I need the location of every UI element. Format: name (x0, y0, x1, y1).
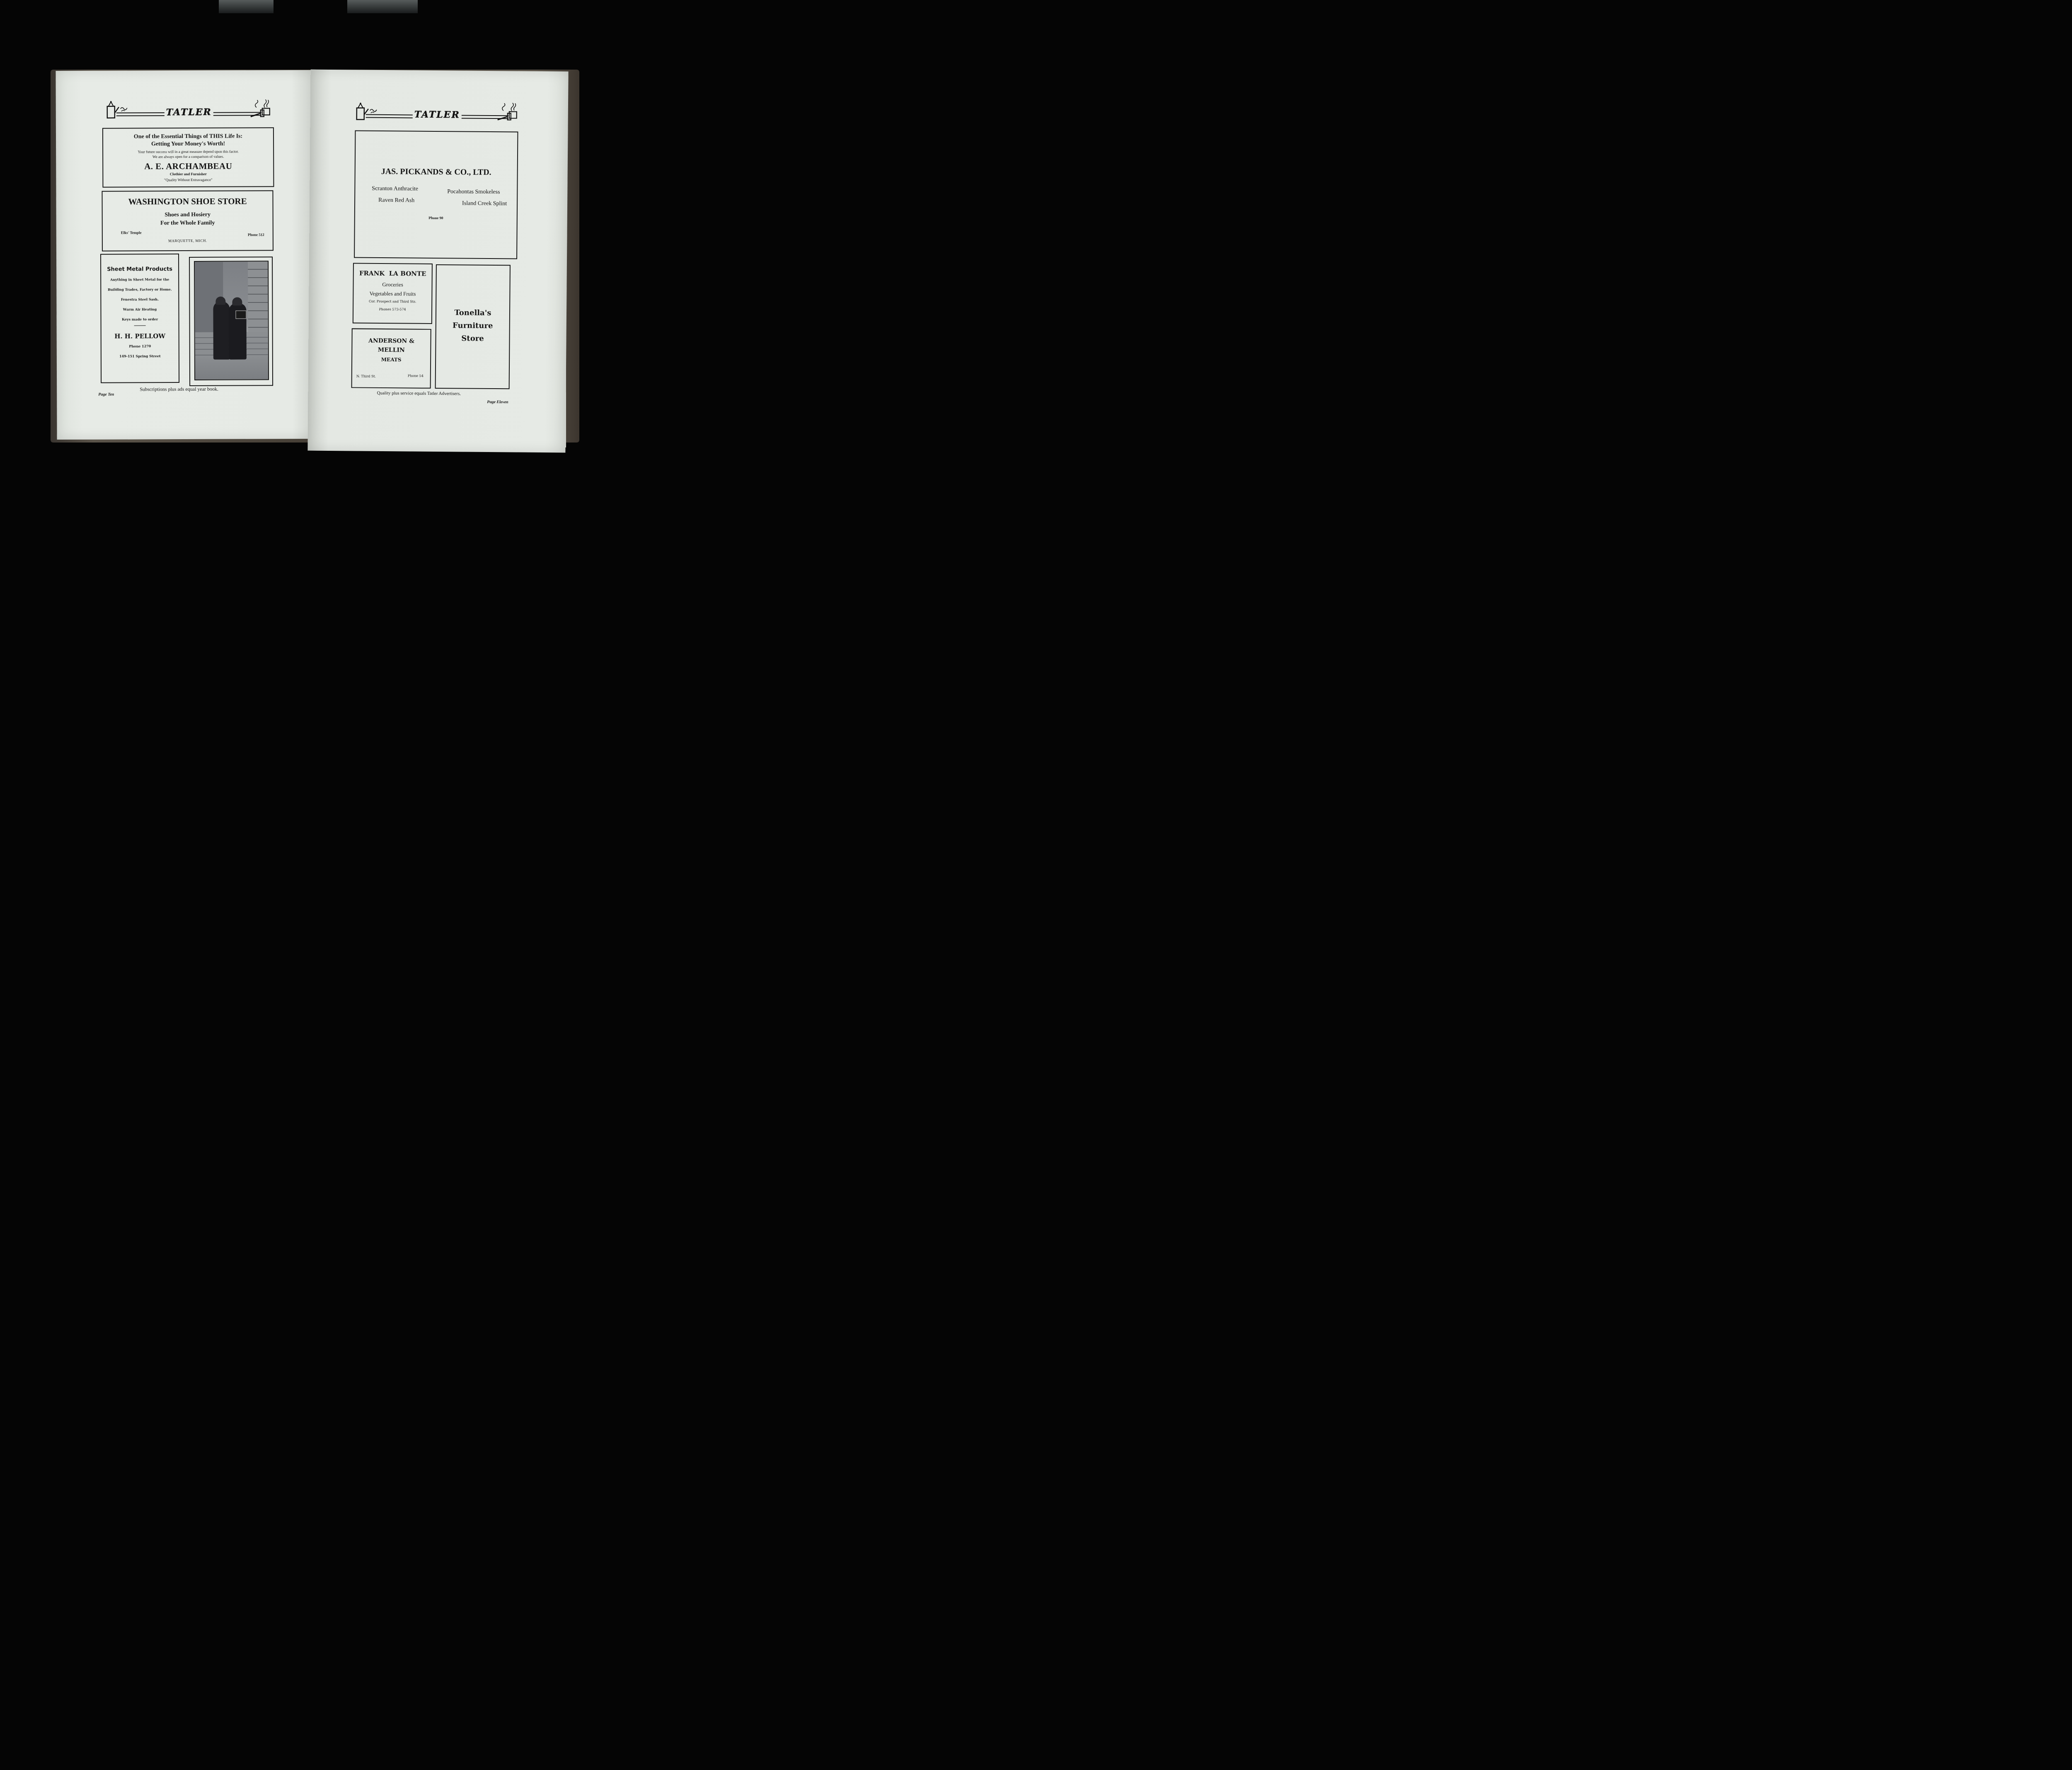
ad-archambeau: One of the Essential Things of THIS Life… (102, 127, 274, 187)
business-trade: MEATS (352, 356, 430, 363)
footer-note: Subscriptions plus ads equal year book. (140, 386, 218, 393)
product-item: Island Creek Splint (462, 200, 507, 207)
ad-line: Building Trades, Factory or Home. (101, 287, 178, 292)
ad-line: Anything in Sheet Metal for the (101, 277, 178, 282)
steaming-cup-icon (248, 99, 273, 118)
left-page: TATLER One of the Essential Things of TH… (56, 70, 319, 440)
ad-line: Warm Air Heating (101, 307, 178, 312)
photo-hat-left (215, 297, 225, 305)
business-address: 149-151 Spring Street (102, 354, 179, 358)
page-number: Page Eleven (487, 400, 508, 404)
ad-body: Your future success will in a great meas… (103, 149, 273, 154)
ad-line: Keys made to order (102, 317, 179, 322)
right-page: TATLER JAS. PICKANDS & CO., LTD. Scranto… (307, 70, 568, 453)
ad-line: Shoes and Hosiery (103, 211, 273, 218)
ad-line: Groceries (353, 281, 431, 288)
tatler-header: TATLER (353, 101, 521, 121)
ad-anderson-mellin: ANDERSON & MELLIN MEATS N. Third St. Pho… (351, 328, 431, 389)
overhead-light-glare (347, 0, 418, 13)
photo-hat-right (232, 297, 242, 306)
business-slogan: "Quality Without Extravagance" (103, 177, 273, 182)
product-item: Pocahontas Smokeless (447, 189, 500, 196)
business-name: FRANK LA BONTE (354, 269, 432, 277)
business-name: Store (436, 334, 509, 343)
ad-headline: Getting Your Money's Worth! (103, 140, 273, 147)
photo-two-women (194, 261, 269, 380)
business-location: Elks' Temple (121, 230, 142, 235)
business-name: Furniture (436, 321, 509, 330)
ad-headline: Sheet Metal Products (101, 266, 178, 273)
steaming-cup-icon (495, 102, 520, 121)
product-list: Scranton Anthracite Raven Red Ash Pocaho… (355, 185, 517, 220)
divider (134, 325, 146, 326)
photo-book (235, 311, 246, 319)
coffee-pot-icon (354, 102, 383, 121)
business-phone: Phone 512 (248, 232, 264, 237)
footer-note: Quality plus service equals Tatler Adver… (377, 391, 461, 397)
ad-pellow-sheet-metal: Sheet Metal Products Anything in Sheet M… (100, 254, 179, 383)
business-city: MARQUETTE, MICH. (103, 238, 273, 243)
business-phone: Phones 573-574 (353, 307, 431, 311)
ad-line: Vegetables and Fruits (353, 290, 431, 297)
ad-washington-shoe-store: WASHINGTON SHOE STORE Shoes and Hosiery … (102, 190, 274, 251)
business-name: ANDERSON & (352, 337, 430, 344)
header-title: TATLER (413, 109, 462, 121)
overhead-light-glare (219, 0, 274, 13)
ad-tonella-furniture: Tonella's Furniture Store (435, 264, 511, 389)
product-item: Scranton Anthracite (372, 186, 418, 193)
photo-figure-left (213, 302, 230, 360)
header-title: TATLER (165, 107, 213, 118)
business-phone: Phone 1270 (102, 344, 179, 348)
business-name: Tonella's (436, 308, 509, 317)
business-address: N. Third St. (356, 374, 376, 378)
business-trade: Clothier and Furnisher (103, 172, 273, 176)
business-phone: Phone 54 (408, 374, 424, 377)
ad-line: Fenestra Steel Sash. (101, 297, 178, 302)
business-name: A. E. ARCHAMBEAU (103, 161, 273, 172)
business-address: Cor. Prospect and Third Sts. (353, 299, 431, 303)
business-name: WASHINGTON SHOE STORE (103, 196, 273, 207)
photo-frame (189, 256, 273, 386)
tatler-header: TATLER (104, 99, 274, 118)
business-name: MELLIN (352, 346, 430, 353)
ad-headline: One of the Essential Things of THIS Life… (103, 133, 273, 140)
ad-body: We are always open for a comparison of v… (103, 154, 273, 159)
ad-line: For the Whole Family (103, 220, 273, 227)
product-item: Raven Red Ash (378, 197, 414, 204)
ad-jas-pickands: JAS. PICKANDS & CO., LTD. Scranton Anthr… (354, 130, 518, 259)
business-name: JAS. PICKANDS & CO., LTD. (356, 167, 517, 177)
business-name: H. H. PELLOW (102, 332, 179, 340)
page-number: Page Ten (98, 392, 114, 397)
ad-frank-la-bonte: FRANK LA BONTE Groceries Vegetables and … (353, 263, 433, 324)
coffee-pot-icon (105, 100, 134, 118)
